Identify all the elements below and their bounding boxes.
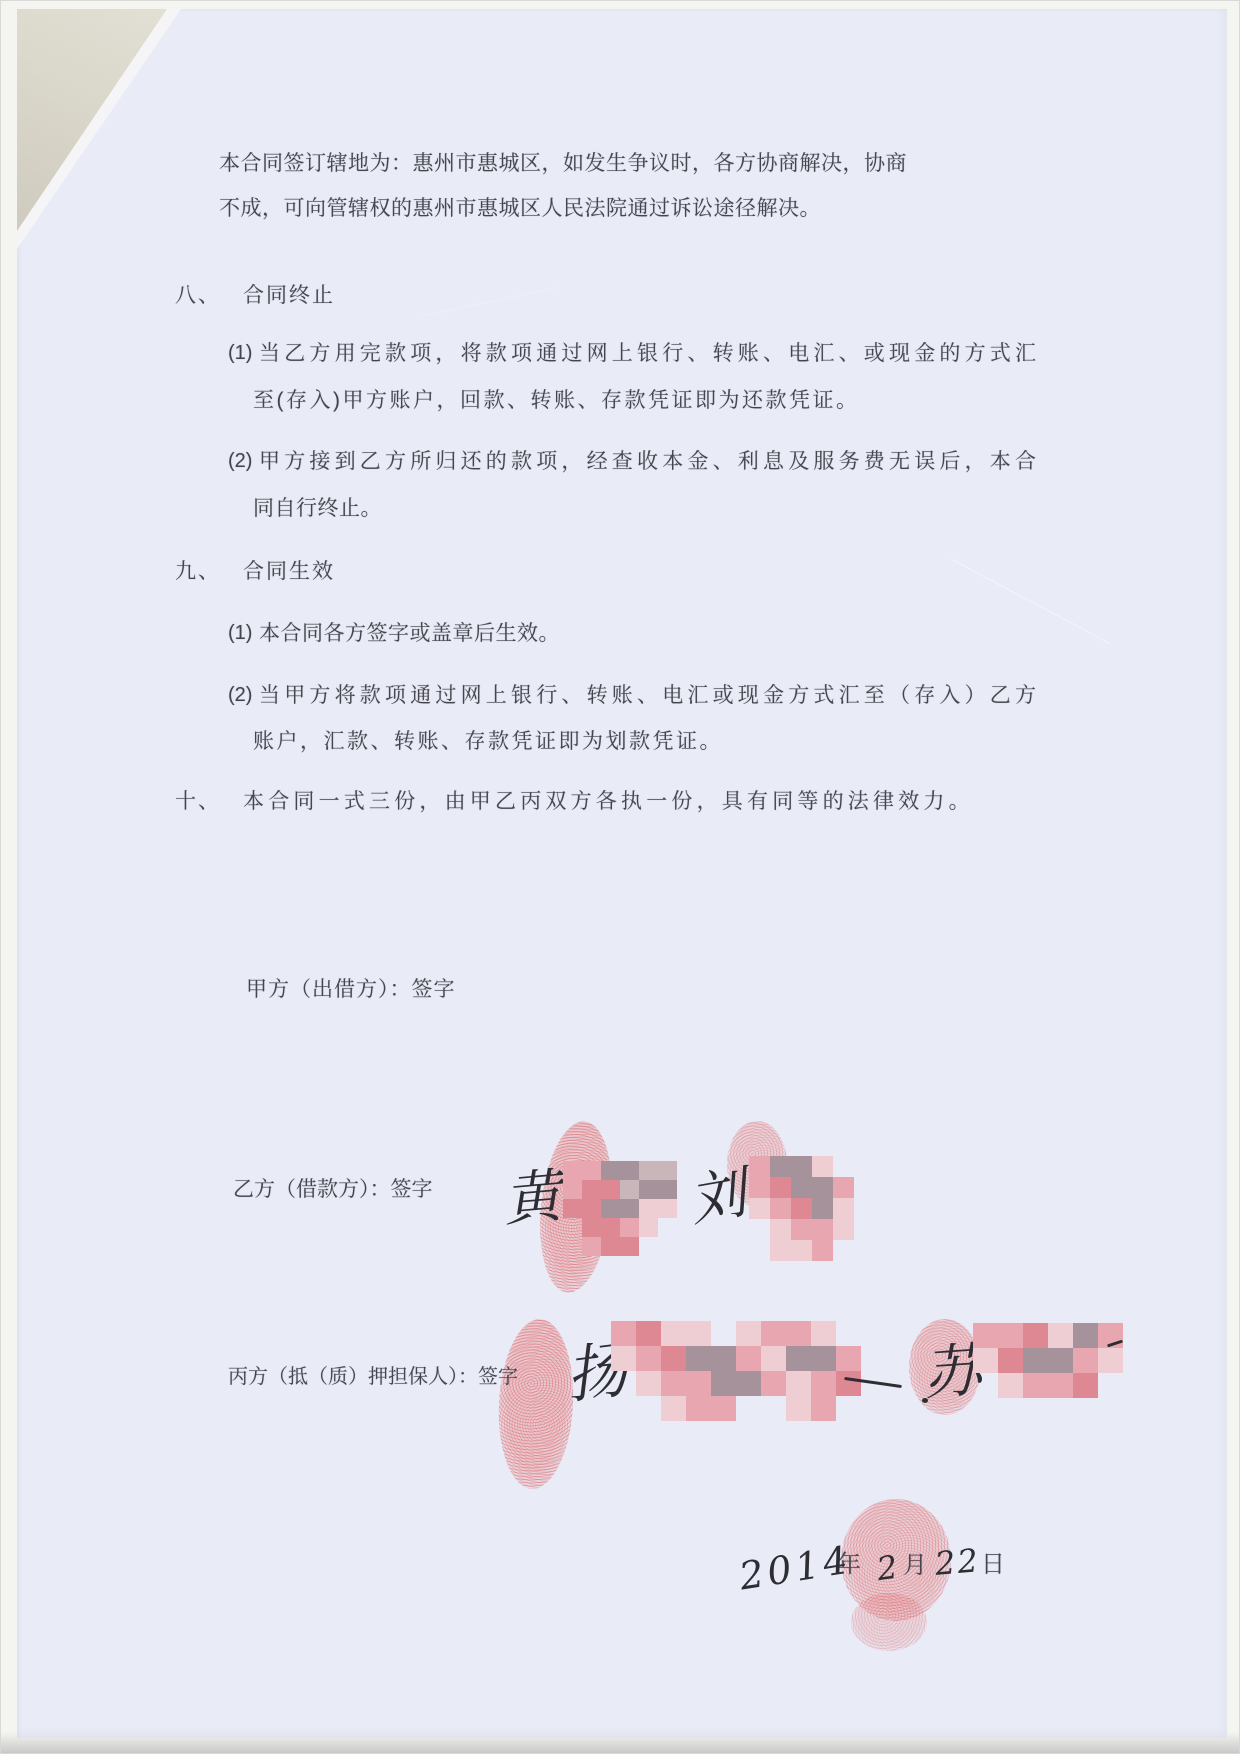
- item-9-1-line-1: 本合同各方签字或盖章后生效。: [259, 621, 560, 647]
- item-9-2-marker: (2): [228, 683, 252, 708]
- jurisdiction-paragraph-line-1: 本合同签订辖地为：惠州市惠城区，如发生争议时，各方协商解决，协商: [219, 151, 907, 177]
- printed-day-unit: 日: [981, 1550, 1006, 1580]
- section-10-number: 十、: [175, 789, 221, 815]
- section-9-title: 合同生效: [243, 559, 335, 585]
- fingerprint-stamp-date-2: [851, 1593, 927, 1651]
- redaction-mosaic-partyB-2: [749, 1156, 854, 1261]
- handwritten-signature-partyB-1: 黄: [499, 1149, 564, 1238]
- item-8-1-line-1: 当乙方用完款项，将款项通过网上银行、转账、电汇、或现金的方式汇: [259, 341, 1040, 367]
- handwritten-day: 22: [933, 1541, 981, 1583]
- item-9-2-line-2: 账户，汇款、转账、存款凭证即为划款凭证。: [253, 729, 723, 755]
- item-9-2-line-1: 当甲方将款项通过网上银行、转账、电汇或现金方式汇至（存入）乙方: [259, 683, 1040, 709]
- item-8-1-marker: (1): [228, 341, 252, 366]
- signature-ink-dot: [922, 1398, 928, 1403]
- party-b-signature-label: 乙方（借款方）：签字: [233, 1177, 433, 1203]
- item-9-1-marker: (1): [228, 621, 252, 646]
- scanned-contract-page: 本合同签订辖地为：惠州市惠城区，如发生争议时，各方协商解决，协商 不成，可向管辖…: [0, 0, 1240, 1754]
- item-8-2-line-2: 同自行终止。: [253, 496, 382, 522]
- printed-month-unit: 月: [903, 1551, 928, 1581]
- section-10-text: 本合同一式三份，由甲乙丙双方各执一份，具有同等的法律效力。: [243, 789, 974, 815]
- item-8-1-line-2: 至(存入)甲方账户，回款、转账、存款凭证即为还款凭证。: [253, 388, 859, 414]
- item-8-2-marker: (2): [228, 449, 252, 474]
- section-8-title: 合同终止: [243, 283, 335, 309]
- redaction-mosaic-partyC-2: [973, 1323, 1123, 1398]
- redaction-mosaic-partyC-1: [611, 1321, 861, 1421]
- jurisdiction-paragraph-line-2: 不成，可向管辖权的惠州市惠城区人民法院通过诉讼途径解决。: [219, 196, 821, 222]
- redaction-mosaic-partyB-1: [563, 1161, 677, 1256]
- paper-sheet: [17, 9, 1227, 1738]
- party-c-signature-label: 丙方（抵（质）押担保人）：签字: [228, 1365, 518, 1390]
- item-8-2-line-1: 甲方接到乙方所归还的款项，经查收本金、利息及服务费无误后，本合: [259, 449, 1040, 475]
- section-9-number: 九、: [175, 559, 221, 585]
- section-8-number: 八、: [175, 283, 221, 309]
- party-a-signature-label: 甲方（出借方）：签字: [246, 977, 456, 1003]
